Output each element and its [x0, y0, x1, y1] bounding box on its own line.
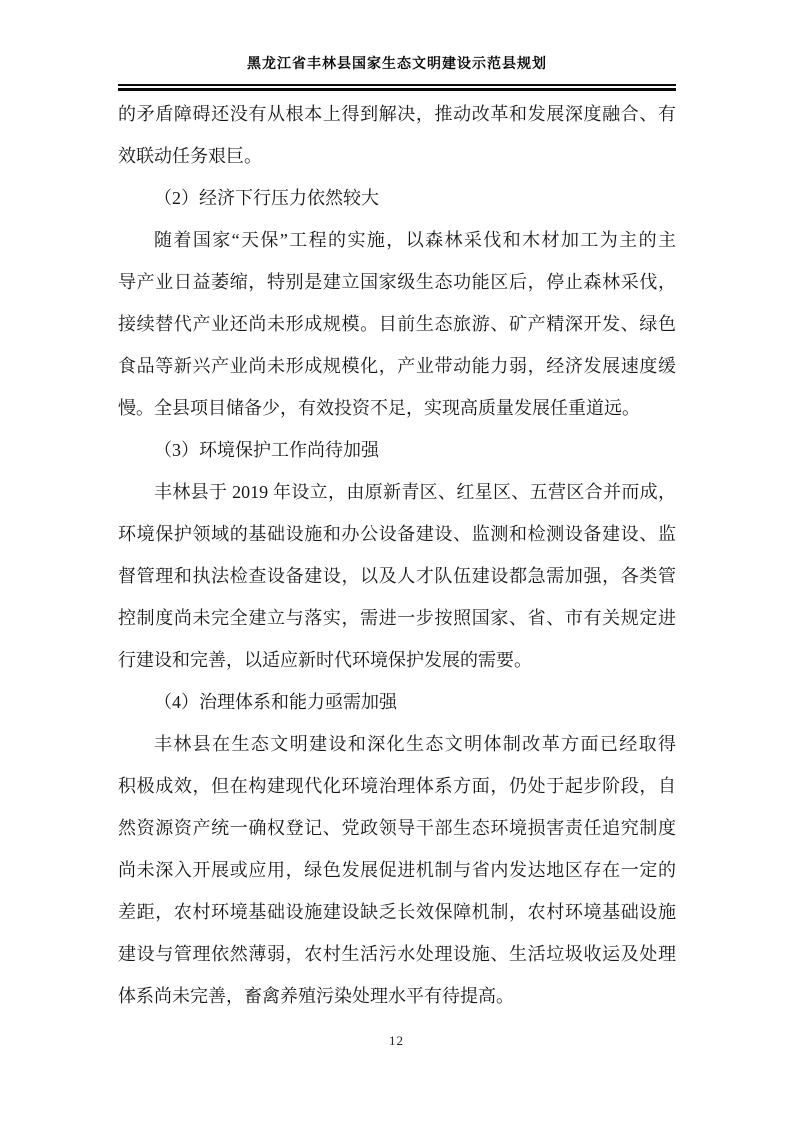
- body-line: 食品等新兴产业尚未形成规模化，产业带动能力弱，经济发展速度缓: [118, 345, 676, 387]
- document-body: 的矛盾障碍还没有从根本上得到解决，推动改革和发展深度融合、有 效联动任务艰巨。 …: [118, 93, 676, 1017]
- body-line: 体系尚未完善，畜禽养殖污染处理水平有待提高。: [118, 975, 676, 1017]
- page-number: 12: [389, 1033, 404, 1048]
- body-line: 差距，农村环境基础设施建设缺乏长效保障机制，农村环境基础设施: [118, 891, 676, 933]
- body-line: 建设与管理依然薄弱，农村生活污水处理设施、生活垃圾收运及处理: [118, 933, 676, 975]
- section-heading-2: （2）经济下行压力依然较大: [118, 177, 676, 219]
- header-title: 黑龙江省丰林县国家生态文明建设示范县规划: [118, 52, 676, 78]
- section-heading-3: （3）环境保护工作尚待加强: [118, 429, 676, 471]
- document-page: 黑龙江省丰林县国家生态文明建设示范县规划 的矛盾障碍还没有从根本上得到解决，推动…: [0, 0, 793, 1122]
- body-line: 接续替代产业还尚未形成规模。目前生态旅游、矿产精深开发、绿色: [118, 303, 676, 345]
- body-line: 丰林县在生态文明建设和深化生态文明体制改革方面已经取得: [118, 723, 676, 765]
- body-line: 尚未深入开展或应用，绿色发展促进机制与省内发达地区存在一定的: [118, 849, 676, 891]
- body-line: 控制度尚未完全建立与落实，需进一步按照国家、省、市有关规定进: [118, 597, 676, 639]
- document-header: 黑龙江省丰林县国家生态文明建设示范县规划: [118, 52, 676, 91]
- body-line: 慢。全县项目储备少，有效投资不足，实现高质量发展任重道远。: [118, 387, 676, 429]
- body-line: 督管理和执法检查设备建设，以及人才队伍建设都急需加强，各类管: [118, 555, 676, 597]
- header-divider-rule: [118, 84, 676, 91]
- body-line: 随着国家“天保”工程的实施，以森林采伐和木材加工为主的主: [118, 219, 676, 261]
- document-footer: 12: [0, 1032, 793, 1050]
- body-line: 的矛盾障碍还没有从根本上得到解决，推动改革和发展深度融合、有: [118, 93, 676, 135]
- section-heading-4: （4）治理体系和能力亟需加强: [118, 681, 676, 723]
- body-line: 行建设和完善，以适应新时代环境保护发展的需要。: [118, 639, 676, 681]
- body-line: 效联动任务艰巨。: [118, 135, 676, 177]
- body-line: 然资源资产统一确权登记、党政领导干部生态环境损害责任追究制度: [118, 807, 676, 849]
- body-line: 导产业日益萎缩，特别是建立国家级生态功能区后，停止森林采伐，: [118, 261, 676, 303]
- body-line: 积极成效，但在构建现代化环境治理体系方面，仍处于起步阶段，自: [118, 765, 676, 807]
- body-line: 丰林县于 2019 年设立，由原新青区、红星区、五营区合并而成，: [118, 471, 676, 513]
- body-line: 环境保护领域的基础设施和办公设备建设、监测和检测设备建设、监: [118, 513, 676, 555]
